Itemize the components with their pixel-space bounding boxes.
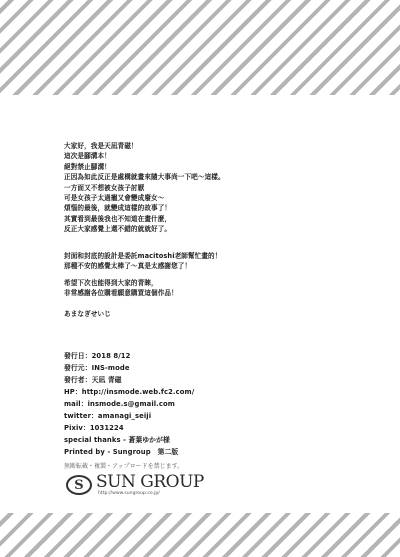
- special-thanks: special thanks - 蒼葉ゆかが様: [64, 434, 194, 446]
- text-line: 絕對禁止腳溝！: [64, 162, 225, 172]
- twitter-handle: twitter：amanagi_seiji: [64, 410, 194, 422]
- publish-date: 發行日：2018 8/12: [64, 350, 194, 362]
- printed-by: Printed by - Sungroup 第二版: [64, 446, 194, 458]
- publisher: 發行元：INS-mode: [64, 362, 194, 374]
- sungroup-logo-icon: S: [66, 475, 92, 495]
- closing-paragraph: 希望下次也能得到大家的青睞， 非常感謝各位購看願意購買這個作品！: [64, 278, 178, 299]
- colophon: 發行日：2018 8/12 發行元：INS-mode 發行者：天凪 青磁 HP：…: [64, 350, 194, 458]
- text-line: 煩惱的最後，就變成這樣的故事了！: [64, 203, 225, 213]
- thanks-paragraph: 封面和封底的設計是委託macitoshi老師幫忙畫的！ 那種不安的感覺太棒了～真…: [64, 251, 221, 272]
- text-line: 封面和封底的設計是委託macitoshi老師幫忙畫的！: [64, 251, 221, 261]
- sungroup-logo: S SUN GROUP http://www.sungroup.co.jp/: [66, 473, 204, 497]
- text-line: 大家好，我是天凪青磁！: [64, 141, 225, 151]
- signature-text: あまなぎせいじ: [64, 309, 111, 319]
- homepage-url: HP：http://insmode.web.fc2.com/: [64, 386, 194, 398]
- text-line: 一方面又不想被女孩子討厭: [64, 183, 225, 193]
- logo-name: SUN GROUP: [96, 473, 204, 491]
- text-line: 反正大家感覺上還不錯的就就好了。: [64, 224, 225, 234]
- greeting-paragraph: 大家好，我是天凪青磁！ 這次是腳溝本！ 絕對禁止腳溝！ 正因為如此反正是處構就畫…: [64, 141, 225, 235]
- text-line: 非常感謝各位購看願意購買這個作品！: [64, 288, 178, 298]
- issuer: 發行者：天凪 青磁: [64, 374, 194, 386]
- text-line: 那種不安的感覺太棒了～真是太感謝您了！: [64, 261, 221, 271]
- bottom-stripe-band: [0, 513, 400, 557]
- author-signature: あまなぎせいじ: [64, 309, 111, 319]
- text-line: 正因為如此反正是處構就畫來隨大事尚一下吧～這樣。: [64, 172, 225, 182]
- text-line: 這次是腳溝本！: [64, 151, 225, 161]
- top-stripe-band: [0, 0, 400, 95]
- text-line: 可是女孩子太過寵又會變成廢女～: [64, 193, 225, 203]
- copyright-notice: 無断転載・複製・アップロードを禁じます。: [64, 461, 183, 470]
- logo-url: http://www.sungroup.co.jp/: [98, 491, 204, 497]
- pixiv-id: Pixiv：1031224: [64, 422, 194, 434]
- text-line: 其實看到最後我也不知道在畫什麼，: [64, 214, 225, 224]
- text-line: 希望下次也能得到大家的青睞，: [64, 278, 178, 288]
- email: mail：insmode.s@gmail.com: [64, 398, 194, 410]
